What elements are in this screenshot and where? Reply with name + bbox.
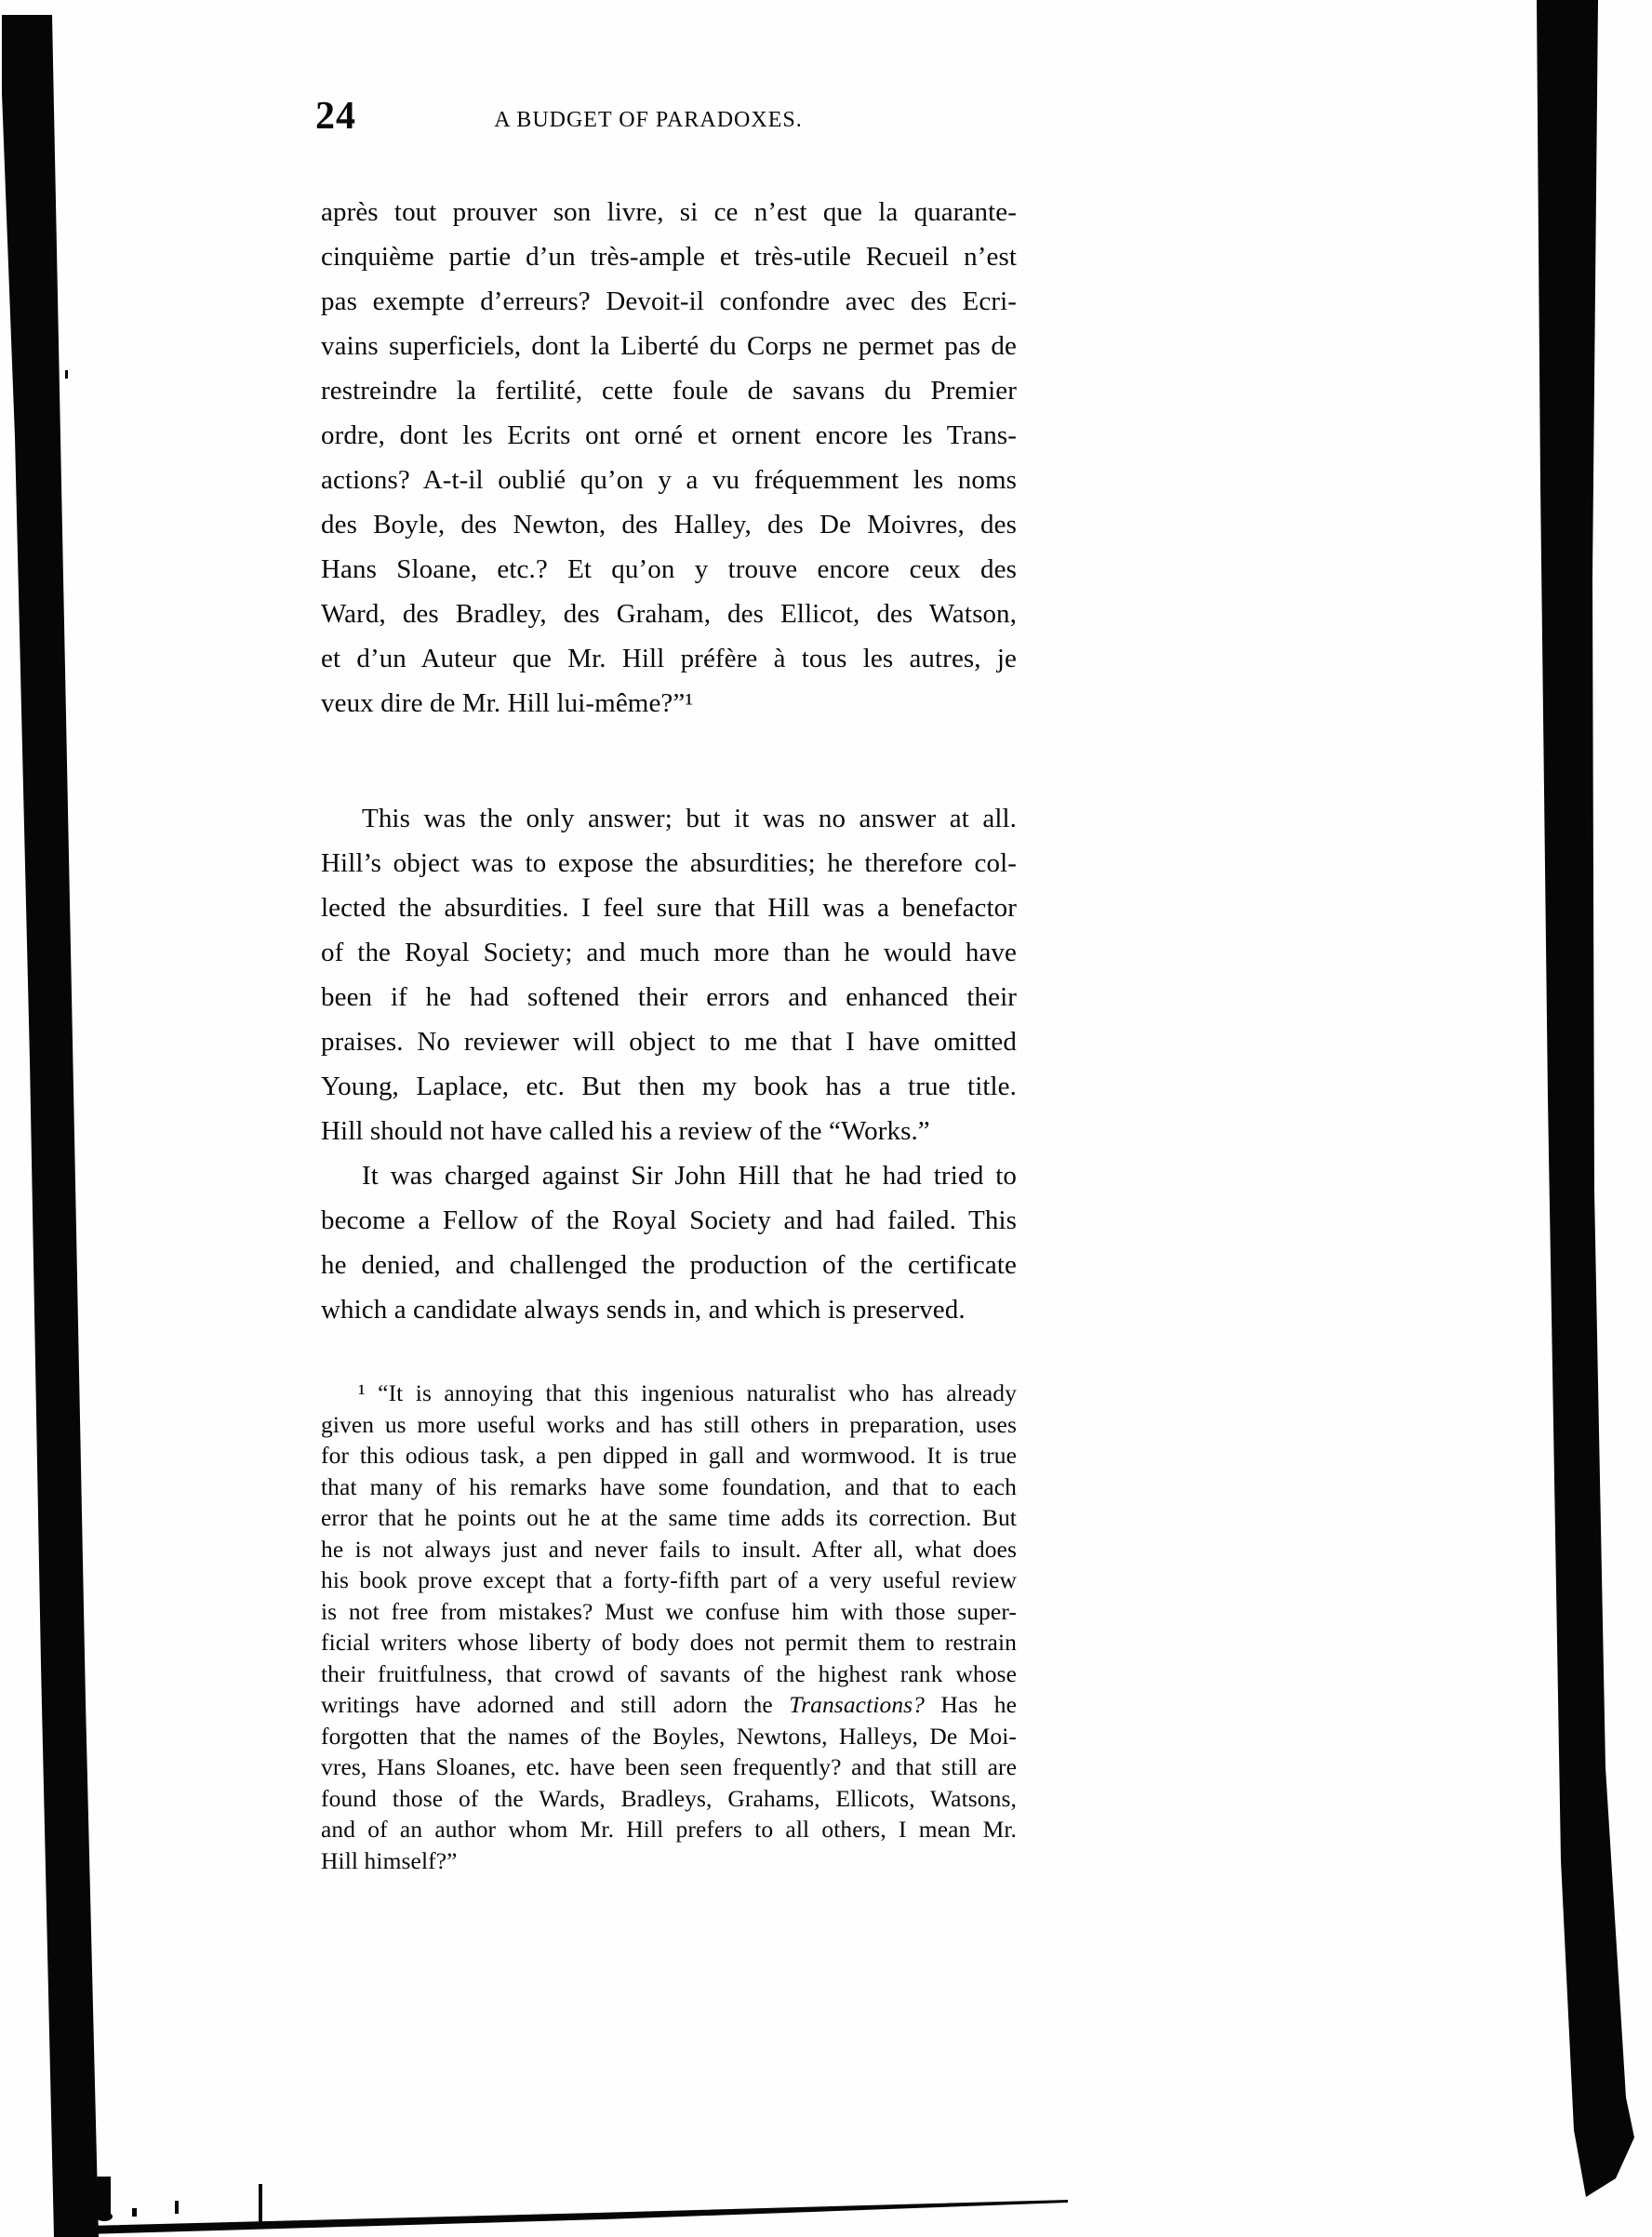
french-quote-paragraph: après tout prouver son livre, si ce n’es… bbox=[321, 190, 1017, 726]
left-scan-band bbox=[2, 15, 99, 2237]
scan-speck bbox=[65, 370, 68, 379]
page-number: 24 bbox=[315, 97, 356, 136]
right-scan-band bbox=[1537, 0, 1634, 2197]
text-line: found those of the Wards, Bradleys, Grah… bbox=[321, 1783, 1017, 1815]
text-line: It was charged against Sir John Hill tha… bbox=[321, 1153, 1017, 1198]
text-line: lected the absurdities. I feel sure that… bbox=[321, 885, 1017, 930]
text-line: vres, Hans Sloanes, etc. have been seen … bbox=[321, 1751, 1017, 1783]
text-line: forgotten that the names of the Boyles, … bbox=[321, 1721, 1017, 1752]
scan-speck bbox=[132, 2208, 137, 2217]
scan-tick bbox=[175, 2201, 179, 2214]
text-line: that many of his remarks have some found… bbox=[321, 1471, 1017, 1503]
text-line: is not free from mistakes? Must we confu… bbox=[321, 1596, 1017, 1628]
text-line: pas exempte d’erreurs? Devoit-il confond… bbox=[321, 279, 1017, 324]
text-line: Hans Sloane, etc.? Et qu’on y trouve enc… bbox=[321, 547, 1017, 592]
text-line: ordre, dont les Ecrits ont orné et ornen… bbox=[321, 413, 1017, 458]
text-line: veux dire de Mr. Hill lui-même?”¹ bbox=[321, 681, 1017, 726]
text-line: praises. No reviewer will object to me t… bbox=[321, 1019, 1017, 1064]
text-line: his book prove except that a forty-fifth… bbox=[321, 1565, 1017, 1596]
paragraph-charge: It was charged against Sir John Hill tha… bbox=[321, 1153, 1017, 1332]
text-line: and of an author whom Mr. Hill prefers t… bbox=[321, 1814, 1017, 1845]
text-line: for this odious task, a pen dipped in ga… bbox=[321, 1440, 1017, 1471]
scan-tick bbox=[259, 2184, 262, 2223]
scan-speck bbox=[45, 597, 47, 606]
text-line: actions? A-t-il oublié qu’on y a vu fréq… bbox=[321, 458, 1017, 502]
text-line: error that he points out he at the same … bbox=[321, 1502, 1017, 1534]
text-column: 24 A BUDGET OF PARADOXES. après tout pro… bbox=[321, 0, 1017, 1876]
bottom-scan-line bbox=[86, 2200, 1068, 2234]
text-line: cinquième partie d’un très-ample et très… bbox=[321, 234, 1017, 279]
text-line: ¹ “It is annoying that this ingenious na… bbox=[321, 1378, 1017, 1409]
text-line: des Boyle, des Newton, des Halley, des D… bbox=[321, 502, 1017, 547]
text-line: their fruitfulness, that crowd of savant… bbox=[321, 1658, 1017, 1690]
text-line: Hill should not have called his a review… bbox=[321, 1109, 1017, 1153]
text-line: he is not always just and never fails to… bbox=[321, 1534, 1017, 1565]
text-line: of the Royal Society; and much more than… bbox=[321, 930, 1017, 975]
text-line: he denied, and challenged the production… bbox=[321, 1243, 1017, 1287]
text-line: given us more useful works and has still… bbox=[321, 1409, 1017, 1441]
text-line: restreindre la fertilité, cette foule de… bbox=[321, 368, 1017, 413]
text-line: après tout prouver son livre, si ce n’es… bbox=[321, 190, 1017, 234]
text-line: vains superficiels, dont la Liberté du C… bbox=[321, 324, 1017, 368]
text-line: Young, Laplace, etc. But then my book ha… bbox=[321, 1064, 1017, 1109]
running-title: A BUDGET OF PARADOXES. bbox=[494, 108, 802, 133]
scanned-book-page: 24 A BUDGET OF PARADOXES. après tout pro… bbox=[0, 0, 1652, 2237]
text-line: been if he had softened their errors and… bbox=[321, 975, 1017, 1019]
text-line: ficial writers whose liberty of body doe… bbox=[321, 1627, 1017, 1658]
scan-speck bbox=[96, 2212, 113, 2221]
text-line: become a Fellow of the Royal Society and… bbox=[321, 1198, 1017, 1243]
footnote: ¹ “It is annoying that this ingenious na… bbox=[321, 1378, 1017, 1876]
text-line: This was the only answer; but it was no … bbox=[321, 796, 1017, 841]
text-line: Hill’s object was to expose the absurdit… bbox=[321, 841, 1017, 885]
text-line: which a candidate always sends in, and w… bbox=[321, 1287, 1017, 1332]
paragraph-answer: This was the only answer; but it was no … bbox=[321, 796, 1017, 1153]
text-line: Hill himself?” bbox=[321, 1845, 1017, 1877]
text-line: writings have adorned and still adorn th… bbox=[321, 1689, 1017, 1721]
text-line: et d’un Auteur que Mr. Hill préfère à to… bbox=[321, 636, 1017, 681]
text-line: Ward, des Bradley, des Graham, des Ellic… bbox=[321, 592, 1017, 636]
left-scan-band-blob bbox=[88, 2177, 111, 2218]
page-header: 24 A BUDGET OF PARADOXES. bbox=[321, 0, 1017, 190]
